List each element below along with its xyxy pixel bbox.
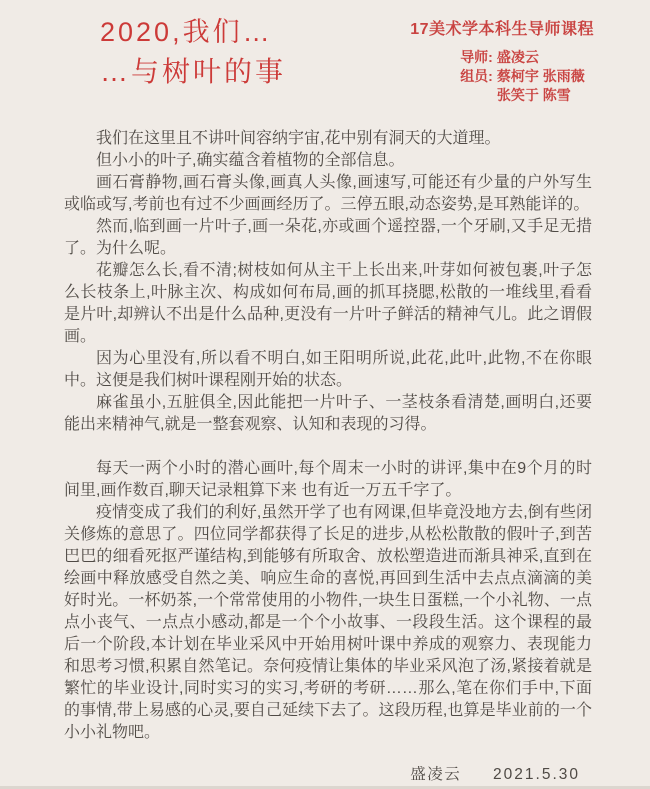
paragraph: 花瓣怎么长,看不清;树枝如何从主干上长出来,叶芽如何被包裹,叶子怎么长枝条上,叶… bbox=[64, 260, 592, 348]
tutor-name: 盛凌云 bbox=[497, 48, 539, 67]
members-row: 组员: 蔡柯宇 张雨薇 张笑于 陈雪 bbox=[460, 67, 594, 105]
document-title-line2: …与树叶的事 bbox=[100, 56, 286, 88]
signature-name: 盛凌云 bbox=[410, 766, 461, 783]
title-block: 2020,我们… …与树叶的事 bbox=[100, 16, 286, 88]
member-names: 蔡柯宇 张雨薇 张笑于 陈雪 bbox=[497, 67, 585, 105]
paragraph: 麻雀虽小,五脏俱全,因此能把一片叶子、一茎枝条看清楚,画明白,还要能出来精神气,… bbox=[64, 392, 592, 436]
paragraph: 我们在这里且不讲叶间容纳宇宙,花中别有洞天的大道理。 bbox=[64, 128, 592, 150]
paragraph: 然而,临到画一片叶子,画一朵花,亦或画个遥控器,一个牙刷,又手足无措了。为什么呢… bbox=[64, 216, 592, 260]
tutor-label: 导师: bbox=[460, 48, 493, 67]
members-line-1: 蔡柯宇 张雨薇 bbox=[497, 67, 585, 86]
paragraph: 因为心里没有,所以看不明白,如王阳明所说,此花,此叶,此物,不在你眼中。这便是我… bbox=[64, 348, 592, 392]
paragraph: 画石膏静物,画石膏头像,画真人头像,画速写,可能还有少量的户外写生或临或写,考前… bbox=[64, 172, 592, 216]
document-header: 2020,我们… …与树叶的事 17美术学本科生导师课程 导师: 盛凌云 组员:… bbox=[0, 0, 650, 112]
paragraph: 疫情变成了我们的利好,虽然开学了也有网课,但毕竟没地方去,倒有些闭关修炼的意思了… bbox=[64, 502, 592, 744]
members-line-2: 张笑于 陈雪 bbox=[497, 86, 585, 105]
paragraph: 但小小的叶子,确实蕴含着植物的全部信息。 bbox=[64, 150, 592, 172]
signature-date: 2021.5.30 bbox=[493, 766, 580, 783]
document-page: 2020,我们… …与树叶的事 17美术学本科生导师课程 导师: 盛凌云 组员:… bbox=[0, 0, 650, 789]
tutor-row: 导师: 盛凌云 bbox=[460, 48, 594, 67]
document-body: 我们在这里且不讲叶间容纳宇宙,花中别有洞天的大道理。 但小小的叶子,确实蕴含着植… bbox=[64, 128, 592, 744]
document-title-line1: 2020,我们… bbox=[100, 16, 286, 48]
paragraph: 每天一两个小时的潜心画叶,每个周末一小时的讲评,集中在9个月的时间里,画作数百,… bbox=[64, 458, 592, 502]
signature: 盛凌云 2021.5.30 bbox=[0, 762, 650, 784]
course-info-block: 17美术学本科生导师课程 导师: 盛凌云 组员: 蔡柯宇 张雨薇 张笑于 陈雪 bbox=[410, 16, 594, 105]
members-label: 组员: bbox=[460, 67, 493, 105]
course-name: 17美术学本科生导师课程 bbox=[410, 20, 594, 39]
